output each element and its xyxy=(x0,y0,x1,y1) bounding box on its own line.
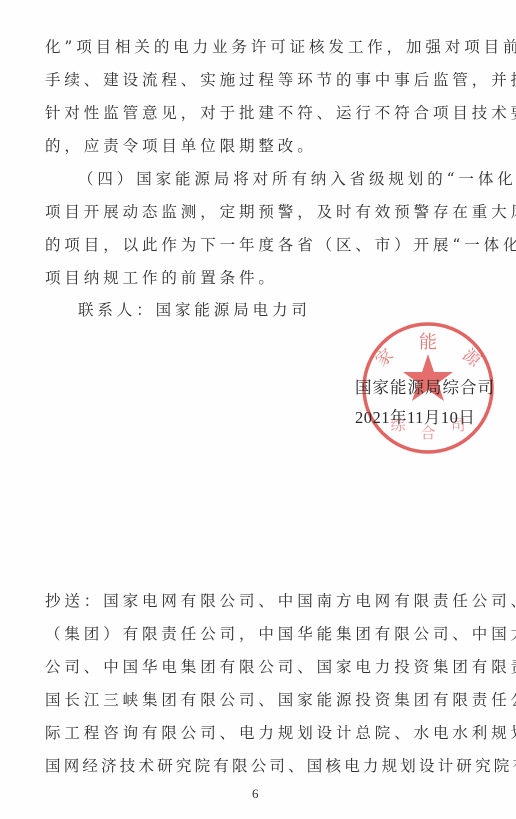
cc-line: 国网经济技术研究院有限公司、国核电力规划设计研究院有限公司 xyxy=(45,756,516,776)
body-line: 的，应责令项目单位限期整改。 xyxy=(45,136,317,156)
issuer-name: 国家能源局综合司 xyxy=(355,374,495,398)
body-line: 针对性监管意见，对于批建不符、运行不符合项目技术要求 xyxy=(45,103,516,123)
cc-line: 际工程咨询有限公司、电力规划设计总院、水电水利规划设计总院、 xyxy=(45,723,516,743)
cc-line: 国长江三峡集团有限公司、国家能源投资集团有限责任公司，中国国 xyxy=(45,690,516,710)
cc-line: 抄送：国家电网有限公司、中国南方电网有限责任公司、内蒙古电力 xyxy=(45,591,516,611)
page-number: 6 xyxy=(252,786,259,802)
body-line: 项目开展动态监测，定期预警，及时有效预警存在重大风险 xyxy=(45,202,516,222)
body-line: 化”项目相关的电力业务许可证核发工作，加强对项目前置 xyxy=(45,37,516,57)
svg-text:能: 能 xyxy=(419,332,437,353)
cc-line: （集团）有限责任公司，中国华能集团有限公司、中国大唐集团有限 xyxy=(45,624,516,644)
cc-line: 公司、中国华电集团有限公司、国家电力投资集团有限责任公司、中 xyxy=(45,657,516,677)
contact-line: 联系人：国家能源局电力司 xyxy=(78,300,311,320)
issue-date: 2021年11月10日 xyxy=(355,404,475,428)
body-line: （四）国家能源局将对所有纳入省级规划的“一体化” xyxy=(78,169,516,189)
body-line: 的项目，以此作为下一年度各省（区、市）开展“一体化” xyxy=(45,235,516,255)
body-line: 项目纳规工作的前置条件。 xyxy=(45,268,278,288)
body-line: 手续、建设流程、实施过程等环节的事中事后监管，并提出 xyxy=(45,70,516,90)
